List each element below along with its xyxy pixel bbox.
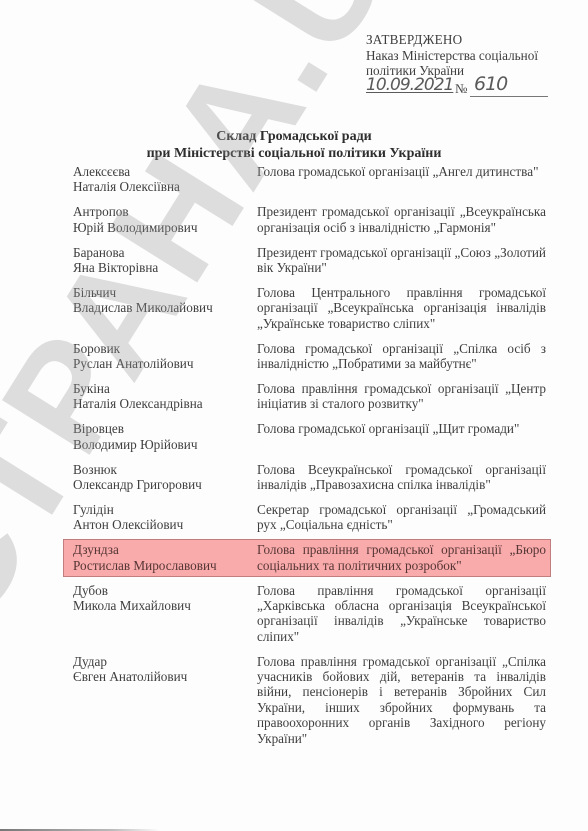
member-role: Голова громадської організації „Ангел ди… (257, 164, 546, 195)
member-surname: Більчич (73, 285, 257, 300)
order-date-number: 10.09.2021 № 610 (366, 79, 546, 97)
member-given-names: Володимир Юрійович (73, 437, 257, 452)
member-given-names: Руслан Анатолійович (73, 356, 257, 371)
member-given-names: Євген Анатолійович (73, 669, 257, 684)
member-surname: Букіна (73, 381, 257, 396)
member-row: БарановаЯна ВікторівнаПрезидент громадсь… (73, 245, 546, 276)
member-surname: Боровик (73, 341, 257, 356)
member-name: БарановаЯна Вікторівна (73, 245, 257, 276)
document-title: Склад Громадської ради при Міністерстві … (0, 128, 588, 162)
member-role: Президент громадської організації „Всеук… (257, 204, 546, 235)
member-surname: Антропов (73, 204, 257, 219)
member-given-names: Антон Олексійович (73, 517, 257, 532)
member-surname: Дзундза (73, 542, 257, 557)
handwritten-date: 10.09.2021 (366, 78, 453, 94)
member-surname: Гулідін (73, 502, 257, 517)
member-name: БукінаНаталія Олександрівна (73, 381, 257, 412)
member-given-names: Олександр Григорович (73, 477, 257, 492)
member-role: Голова правління громадської організації… (257, 583, 546, 645)
member-row-highlighted: ДзундзаРостислав МирославовичГолова прав… (73, 542, 546, 573)
member-given-names: Владислав Миколайович (73, 300, 257, 315)
member-row: ВознюкОлександр ГригоровичГолова Всеукра… (73, 462, 546, 493)
member-row: ДударЄвген АнатолійовичГолова правління … (73, 654, 546, 746)
member-role: Голова громадської організації „Спілка о… (257, 341, 546, 372)
approved-label: ЗАТВЕРДЖЕНО (366, 32, 546, 48)
member-name: БільчичВладислав Миколайович (73, 285, 257, 331)
member-name: ГулідінАнтон Олексійович (73, 502, 257, 533)
member-row: ВіровцевВолодимир ЮрійовичГолова громадс… (73, 421, 546, 452)
member-surname: Дудар (73, 654, 257, 669)
member-role: Голова громадської організації „Щит гром… (257, 421, 546, 452)
number-underline (470, 96, 548, 97)
member-given-names: Юрій Володимирович (73, 220, 257, 235)
member-role: Секретар громадської організації „Громад… (257, 502, 546, 533)
member-surname: Віровцев (73, 421, 257, 436)
document-page: ЗАТВЕРДЖЕНО Наказ Міністерства соціально… (0, 0, 588, 831)
member-surname: Баранова (73, 245, 257, 260)
member-name: ДударЄвген Анатолійович (73, 654, 257, 746)
member-role: Голова правління громадської організації… (257, 381, 546, 412)
member-name: ВознюкОлександр Григорович (73, 462, 257, 493)
member-given-names: Наталія Олександрівна (73, 396, 257, 411)
member-given-names: Микола Михайлович (73, 598, 257, 613)
member-role: Голова Всеукраїнської громадської органі… (257, 462, 546, 493)
number-sign: № (455, 81, 467, 97)
member-surname: Вознюк (73, 462, 257, 477)
member-role: Голова правління громадської організації… (257, 654, 546, 746)
member-name: АлексєєваНаталія Олексіївна (73, 164, 257, 195)
member-role: Голова правління громадської організації… (257, 542, 546, 573)
member-name: ДзундзаРостислав Мирославович (73, 542, 257, 573)
member-name: ДубовМикола Михайлович (73, 583, 257, 645)
member-name: АнтроповЮрій Володимирович (73, 204, 257, 235)
member-row: ГулідінАнтон ОлексійовичСекретар громадс… (73, 502, 546, 533)
member-row: ДубовМикола МихайловичГолова правління г… (73, 583, 546, 645)
approval-stamp: ЗАТВЕРДЖЕНО Наказ Міністерства соціально… (366, 32, 546, 97)
member-surname: Алексєєва (73, 164, 257, 179)
member-name: ВіровцевВолодимир Юрійович (73, 421, 257, 452)
title-line-2: при Міністерстві соціальної політики Укр… (0, 145, 588, 162)
order-line-1: Наказ Міністерства соціальної (366, 48, 546, 64)
member-given-names: Наталія Олексіївна (73, 179, 257, 194)
member-surname: Дубов (73, 583, 257, 598)
member-row: АнтроповЮрій ВолодимировичПрезидент гром… (73, 204, 546, 235)
member-role: Голова Центрального правління громадсько… (257, 285, 546, 331)
members-list: АлексєєваНаталія ОлексіївнаГолова громад… (73, 164, 546, 756)
member-given-names: Яна Вікторівна (73, 260, 257, 275)
title-line-1: Склад Громадської ради (0, 128, 588, 145)
handwritten-order-number: 610 (474, 77, 507, 93)
member-row: БукінаНаталія ОлександрівнаГолова правлі… (73, 381, 546, 412)
member-row: БільчичВладислав МиколайовичГолова Центр… (73, 285, 546, 331)
member-given-names: Ростислав Мирославович (73, 558, 257, 573)
member-row: АлексєєваНаталія ОлексіївнаГолова громад… (73, 164, 546, 195)
member-name: БоровикРуслан Анатолійович (73, 341, 257, 372)
member-role: Президент громадської організації „Союз … (257, 245, 546, 276)
member-row: БоровикРуслан АнатолійовичГолова громадс… (73, 341, 546, 372)
